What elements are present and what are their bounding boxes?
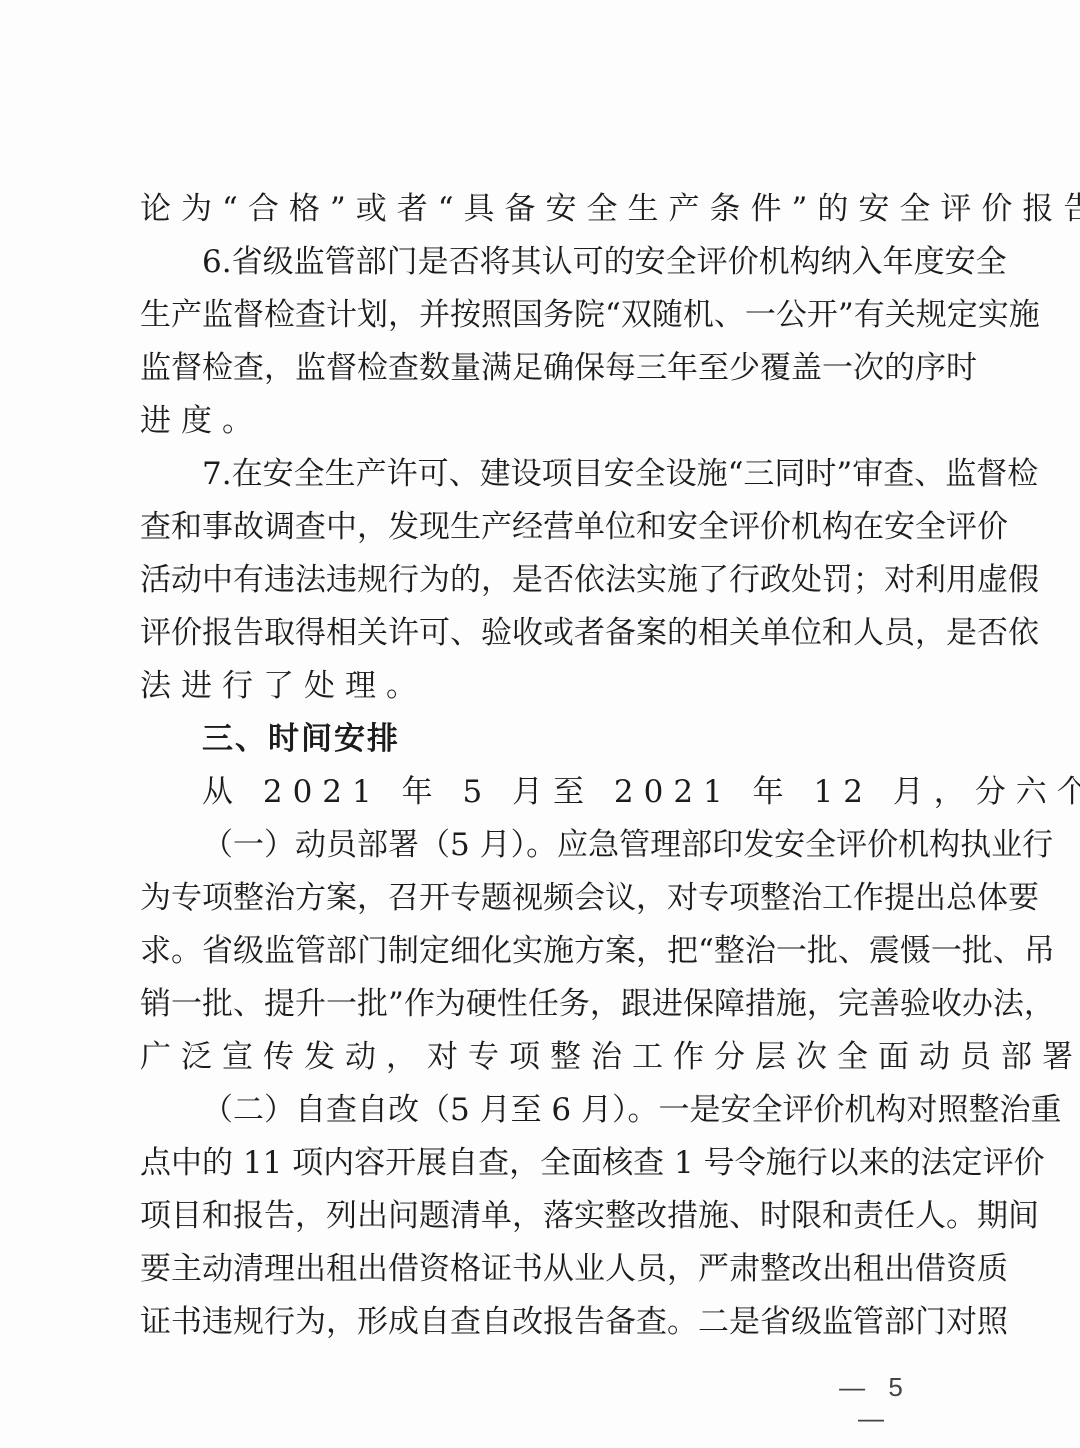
text-line: （二）自查自改（5 月至 6 月）。一是安全评价机构对照整治重: [140, 1084, 940, 1137]
document-page: 论为“合格”或者“具备安全生产条件”的安全评价报告等情况。6.省级监管部门是否将…: [0, 0, 1080, 1448]
text-line: 进度。: [140, 395, 940, 448]
text-line: 论为“合格”或者“具备安全生产条件”的安全评价报告等情况。: [140, 183, 940, 236]
text-line: 活动中有违法违规行为的，是否依法实施了行政处罚；对利用虚假: [140, 554, 940, 607]
text-line: 销一批、提升一批”作为硬性任务，跟进保障措施，完善验收办法，: [140, 978, 940, 1031]
document-body: 论为“合格”或者“具备安全生产条件”的安全评价报告等情况。6.省级监管部门是否将…: [140, 183, 940, 1349]
text-line: 广泛宣传发动，对专项整治工作分层次全面动员部署。: [140, 1031, 940, 1084]
text-line: 证书违规行为，形成自查自改报告备查。二是省级监管部门对照: [140, 1296, 940, 1349]
text-line: 7.在安全生产许可、建设项目安全设施“三同时”审查、监督检: [140, 448, 940, 501]
text-line: 生产监督检查计划，并按照国务院“双随机、一公开”有关规定实施: [140, 289, 940, 342]
text-line: 监督检查，监督检查数量满足确保每三年至少覆盖一次的序时: [140, 342, 940, 395]
text-line: 法进行了处理。: [140, 660, 940, 713]
text-line: （一）动员部署（5 月）。应急管理部印发安全评价机构执业行: [140, 819, 940, 872]
text-line: 查和事故调查中，发现生产经营单位和安全评价机构在安全评价: [140, 501, 940, 554]
text-line: 要主动清理出租出借资格证书从业人员，严肃整改出租出借资质: [140, 1243, 940, 1296]
text-line: 6.省级监管部门是否将其认可的安全评价机构纳入年度安全: [140, 236, 940, 289]
text-line: 项目和报告，列出问题清单，落实整改措施、时限和责任人。期间: [140, 1190, 940, 1243]
text-line: 求。省级监管部门制定细化实施方案，把“整治一批、震慑一批、吊: [140, 925, 940, 978]
section-heading: 三、时间安排: [140, 713, 940, 766]
text-line: 点中的 11 项内容开展自查，全面核查 1 号令施行以来的法定评价: [140, 1137, 940, 1190]
text-line: 从 2021 年 5 月至 2021 年 12 月，分六个阶段进行。: [140, 766, 940, 819]
text-line: 为专项整治方案，召开专题视频会议，对专项整治工作提出总体要: [140, 872, 940, 925]
page-number: — 5 —: [820, 1372, 930, 1434]
text-line: 评价报告取得相关许可、验收或者备案的相关单位和人员，是否依: [140, 607, 940, 660]
